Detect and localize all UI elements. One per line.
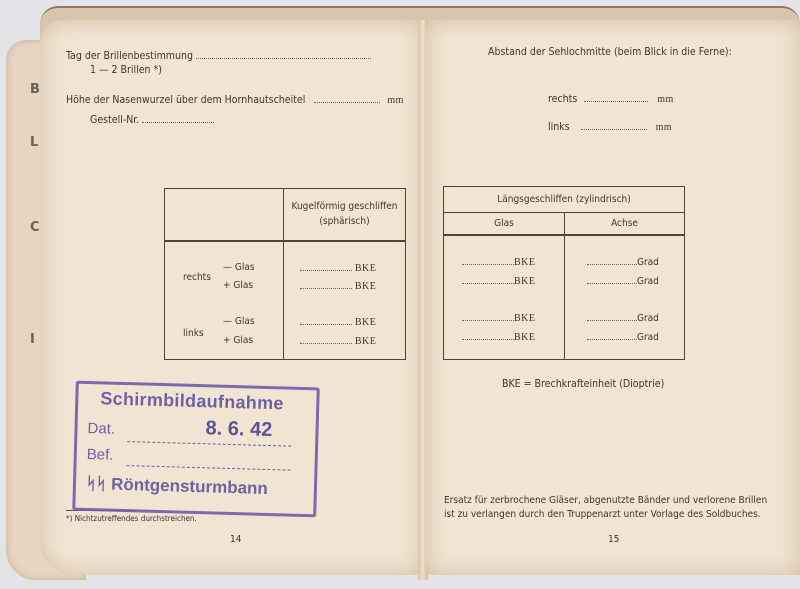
tag-field: Tag der Brillenbestimmung	[66, 50, 371, 62]
side-links: links	[183, 328, 204, 339]
ersatz-line-2: ist zu verlangen durch den Truppenarzt u…	[444, 509, 761, 520]
hoehe-unit: mm	[387, 95, 404, 106]
glas-cell: BKE BKE BKE BKE	[444, 235, 565, 360]
bke-blank	[300, 335, 352, 344]
grad-unit: Grad	[637, 257, 659, 268]
edge-letter: C	[30, 220, 40, 235]
col-achse: Achse	[565, 213, 685, 235]
bke-blank	[462, 312, 514, 321]
bke-blank	[300, 316, 352, 325]
stamp-dat-label: Dat.	[87, 420, 115, 438]
bke-blank	[462, 275, 514, 284]
links-label: links	[548, 121, 570, 133]
tag-blank	[196, 50, 371, 59]
rechts-blank	[584, 93, 648, 102]
rechts-unit: mm	[657, 94, 674, 105]
bleed-through-stamp	[279, 175, 284, 187]
bke-unit: BKE	[514, 257, 536, 268]
gestell-field: Gestell-Nr.	[90, 114, 214, 126]
grad-unit: Grad	[637, 276, 659, 287]
side-cell: rechts — Glas + Glas links — Glas + Glas	[165, 241, 284, 360]
grad-blank	[587, 331, 637, 340]
cylindrical-header: Längsgeschliffen (zylindrisch)	[444, 187, 685, 213]
grad-unit: Grad	[637, 313, 659, 324]
bke-blank	[300, 262, 352, 271]
cylindrical-table: Längsgeschliffen (zylindrisch) Glas Achs…	[443, 186, 685, 360]
value-cell: BKE BKE BKE BKE	[284, 241, 406, 360]
rechts-label: rechts	[548, 93, 577, 105]
footnote: *) Nichtzutreffendes durchstreichen.	[66, 514, 197, 523]
gestell-label: Gestell-Nr.	[90, 114, 139, 126]
grad-unit: Grad	[637, 332, 659, 343]
bleed-through-stamp	[612, 310, 615, 322]
grad-blank	[587, 256, 637, 265]
table-corner	[165, 189, 284, 241]
achse-cell: Grad Grad Grad Grad	[565, 235, 685, 360]
page-number-left: 14	[230, 534, 241, 545]
rechts-field: rechts mm	[548, 93, 674, 105]
spherical-table: Kugelförmig geschliffen (sphärisch) rech…	[164, 188, 406, 360]
stamp-bef-label: Bef.	[87, 446, 114, 464]
spherical-header: Kugelförmig geschliffen (sphärisch)	[284, 189, 406, 241]
abstand-label: Abstand der Sehlochmitte (beim Blick in …	[488, 46, 732, 58]
brillen-label: 1 — 2 Brillen *)	[90, 64, 162, 76]
glas-label: + Glas	[223, 280, 253, 291]
bke-unit: BKE	[355, 281, 377, 292]
glas-label: + Glas	[223, 335, 253, 346]
bke-unit: BKE	[514, 313, 536, 324]
grad-blank	[587, 275, 637, 284]
bke-unit: BKE	[514, 276, 536, 287]
hoehe-field: Höhe der Nasenwurzel über dem Hornhautsc…	[66, 94, 404, 106]
page-number-right: 15	[608, 534, 619, 545]
bke-blank	[462, 256, 514, 265]
bke-legend: BKE = Brechkrafteinheit (Dioptrie)	[502, 378, 664, 390]
stamp-date: 8. 6. 42	[205, 417, 272, 442]
bke-unit: BKE	[514, 332, 536, 343]
bke-blank	[462, 331, 514, 340]
tag-label: Tag der Brillenbestimmung	[66, 50, 193, 62]
bke-unit: BKE	[355, 317, 377, 328]
edge-letter: B	[30, 82, 40, 97]
schirmbild-stamp: Schirmbildaufnahme Dat. 8. 6. 42 Bef. ᛋᛋ…	[72, 381, 320, 518]
links-field: links mm	[548, 121, 672, 133]
bke-unit: BKE	[355, 336, 377, 347]
stamp-unit: ᛋᛋ Röntgensturmbann	[86, 474, 268, 499]
stamp-title: Schirmbildaufnahme	[100, 388, 284, 414]
gestell-blank	[142, 114, 214, 123]
ersatz-line-1: Ersatz für zerbrochene Gläser, abgenutzt…	[444, 495, 767, 506]
side-rechts: rechts	[183, 272, 211, 283]
glas-label: — Glas	[223, 316, 255, 327]
edge-letter: L	[30, 135, 38, 150]
links-blank	[581, 121, 647, 130]
hoehe-blank	[314, 94, 380, 103]
bke-unit: BKE	[355, 263, 377, 274]
right-page: Abstand der Sehlochmitte (beim Blick in …	[426, 20, 800, 575]
links-unit: mm	[656, 122, 673, 133]
edge-letter: I	[30, 332, 35, 347]
hoehe-label: Höhe der Nasenwurzel über dem Hornhautsc…	[66, 94, 305, 106]
glas-label: — Glas	[223, 262, 255, 273]
stamp-bef-line	[126, 465, 290, 471]
col-glas: Glas	[444, 213, 565, 235]
bke-blank	[300, 280, 352, 289]
